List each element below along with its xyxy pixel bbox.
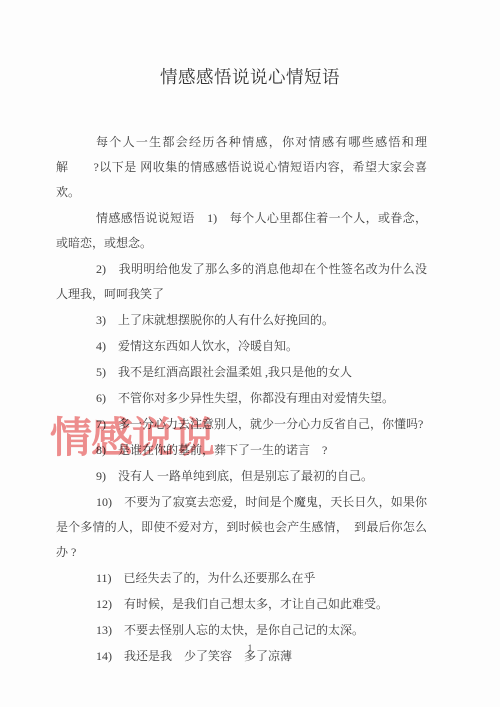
list-item-12: 12) 有时候，是我们自己想太多，才让自己如此难受。 (56, 592, 427, 617)
list-item-7: 7) 多一分心力去注意别人，就少一分心力反省自己，你懂吗? (56, 412, 427, 437)
list-item-1: 情感感悟说说短语 1) 每个人心里都住着一个人，或眷念，或暗恋，或想念。 (56, 206, 427, 256)
list-item-10: 10) 不要为了寂寞去恋爱，时间是个魔鬼，天长日久，如果你是个多情的人，即使不爱… (56, 490, 427, 565)
intro-paragraph: 每个人一生都会经历各种情感，你对情感有哪些感悟和理解 ?以下是 网收集的情感感悟… (56, 130, 427, 205)
page-number: 1 (0, 644, 500, 654)
list-item-5: 5) 我不是红酒高跟社会温柔姐 ,我只是他的女人 (56, 360, 427, 385)
list-item-8: 8) 是谁在你的墓前，葬下了一生的诺言 ? (56, 438, 427, 463)
list-item-11: 11) 已经失去了的，为什么还要那么在乎 (56, 566, 427, 591)
document-page: 情感感悟说说心情短语 每个人一生都会经历各种情感，你对情感有哪些感悟和理解 ?以… (0, 0, 500, 707)
list-item-6: 6) 不管你对多少异性失望，你都没有理由对爱情失望。 (56, 386, 427, 411)
document-body: 每个人一生都会经历各种情感，你对情感有哪些感悟和理解 ?以下是 网收集的情感感悟… (56, 130, 427, 669)
list-item-3: 3) 上了床就想摆脱你的人有什么好挽回的。 (56, 308, 427, 333)
page-title: 情感感悟说说心情短语 (0, 0, 500, 90)
list-item-2: 2) 我明明给他发了那么多的消息他却在个性签名改为什么没人理我，呵呵我笑了 (56, 257, 427, 307)
list-item-4: 4) 爱情这东西如人饮水，冷暖自知。 (56, 334, 427, 359)
list-item-13: 13) 不要去怪别人忘的太快，是你自己记的太深。 (56, 618, 427, 643)
list-item-9: 9) 没有人 一路单纯到底，但是别忘了最初的自己。 (56, 464, 427, 489)
